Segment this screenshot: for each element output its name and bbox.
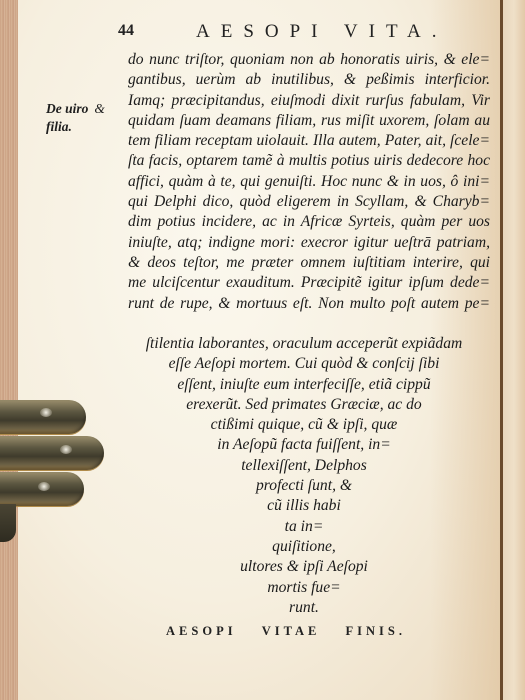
text-line: in Aeſopũ facta fuiſſent, in= [118, 435, 490, 455]
colophon-word: VITAE [262, 624, 321, 638]
highlight [40, 408, 52, 417]
running-head: 44 AESOPI VITA. [118, 22, 498, 44]
book-edge-left [0, 0, 20, 700]
text-line: quidam ſuam deamans filiam, rus miſit ux… [128, 111, 490, 131]
marginal-note: De uiro& filia. [46, 100, 105, 136]
text-line: ſta facis, optarem tamẽ à multis potius … [128, 151, 490, 171]
facing-page-edge [503, 0, 525, 700]
colophon-word: AESOPI [166, 624, 237, 638]
running-head-title: AESOPI VITA. [196, 21, 448, 43]
colophon-word: FINIS. [346, 624, 406, 638]
text-line: eſſent, iniuſte eum interfeciſſe, etiã c… [118, 375, 490, 395]
text-line: ta in= [118, 517, 490, 537]
text-line: profecti ſunt, & [118, 476, 490, 496]
finger-shape [0, 400, 86, 434]
marginal-note-ampersand: & [94, 101, 105, 116]
page-weight-fingers [0, 392, 110, 542]
text-line: do nunc triſtor, quoniam non ab honorati… [128, 50, 490, 70]
highlight [38, 482, 50, 491]
finger-shape [0, 472, 84, 506]
marginal-note-line: De uiro [46, 101, 88, 116]
text-line: erexerũt. Sed primates Græciæ, ac do [118, 395, 490, 415]
text-line: mortis fue= [118, 578, 490, 598]
text-line: Iamq; præcipitandus, eiuſmodi dixit rurſ… [128, 91, 490, 111]
page-weight-base [0, 504, 16, 542]
text-line: eſſe Aeſopi mortem. Cui quòd & conſcij ſ… [118, 354, 490, 374]
text-line: tem filiam receptam uiolauit. Illa autem… [128, 131, 490, 151]
text-line: dim potius incidere, ac in Africæ Syrtei… [128, 212, 490, 232]
marginal-note-line: filia. [46, 118, 105, 136]
text-line: affici, quàm à te, qui genuiſti. Hoc nun… [128, 172, 490, 192]
text-line: me ulciſcentur exauditum. Præcipitẽ igit… [128, 273, 490, 293]
text-line: qui Delphi dico, quòd eligerem in Scylla… [128, 192, 490, 212]
highlight [60, 445, 72, 454]
text-line: gantibus, uerùm ab inutilibus, & peßimis… [128, 70, 490, 90]
body-text: do nunc triſtor, quoniam non ab honorati… [128, 50, 490, 314]
text-line: cũ illis habi [118, 496, 490, 516]
text-line: runt de rupe, & mortuus eſt. Non multo p… [128, 294, 490, 314]
text-line: tellexiſſent, Delphos [118, 456, 490, 476]
text-line: & deos teſtor, me præter omnem iuſtitiam… [128, 253, 490, 273]
tapered-text-block: ſtilentia laborantes, oraculum acceperũt… [118, 334, 490, 618]
text-line: ſtilentia laborantes, oraculum acceperũt… [118, 334, 490, 354]
text-line: quiſitione, [118, 537, 490, 557]
text-line: ultores & ipſi Aeſopi [118, 557, 490, 577]
text-line: ctißimi quique, cũ & ipſi, quæ [118, 415, 490, 435]
colophon: AESOPI VITAE FINIS. [100, 624, 472, 639]
text-line: iniuſte, atq; indigne mori: execror igit… [128, 233, 490, 253]
finger-shape [0, 436, 104, 470]
text-line: runt. [118, 598, 490, 618]
page-number: 44 [118, 22, 134, 40]
